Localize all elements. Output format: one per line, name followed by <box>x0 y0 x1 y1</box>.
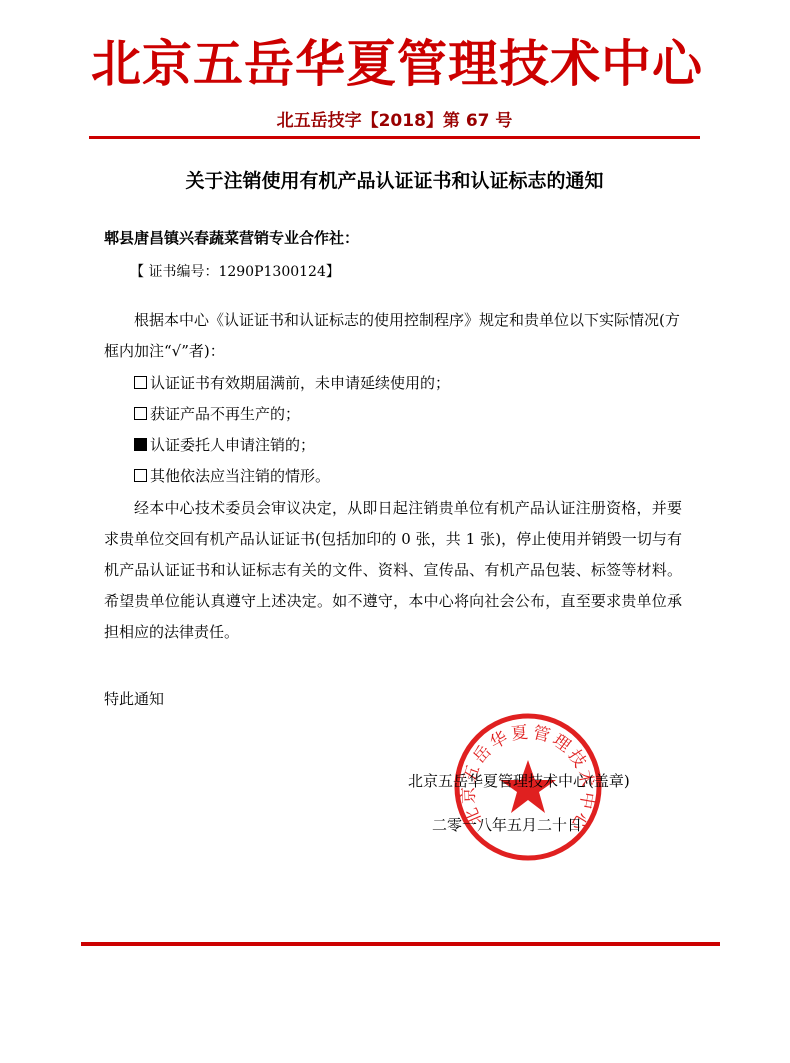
paragraph-basis: 根据本中心《认证证书和认证标志的使用控制程序》规定和贵单位以下实际情况(方框内加… <box>104 305 682 367</box>
option-label: 认证委托人申请注销的； <box>150 436 315 454</box>
checkbox-unchecked-icon <box>134 469 147 482</box>
option-row: 认证证书有效期届满前，未申请延续使用的； <box>134 368 450 399</box>
checkbox-unchecked-icon <box>134 407 147 420</box>
masthead-organization: 北京五岳华夏管理技术中心 <box>89 34 705 94</box>
option-label: 认证证书有效期届满前，未申请延续使用的； <box>150 374 450 392</box>
document-number: 北五岳技字【2018】第 67 号 <box>89 110 700 132</box>
option-label: 其他依法应当注销的情形。 <box>150 467 330 485</box>
closing-phrase: 特此通知 <box>104 688 164 710</box>
signer: 北京五岳华夏管理技术中心(盖章) <box>408 770 630 792</box>
checkbox-checked-icon <box>134 438 147 451</box>
option-row: 获证产品不再生产的； <box>134 399 450 430</box>
paragraph-decision: 经本中心技术委员会审议决定，从即日起注销贵单位有机产品认证注册资格，并要求贵单位… <box>104 493 682 648</box>
addressee: 郫县唐昌镇兴春蔬菜营销专业合作社： <box>104 227 359 249</box>
option-row: 认证委托人申请注销的； <box>134 430 450 461</box>
footer-divider <box>81 942 720 946</box>
option-label: 获证产品不再生产的； <box>150 405 300 423</box>
notice-title: 关于注销使用有机产品认证证书和认证标志的通知 <box>89 168 700 194</box>
option-row: 其他依法应当注销的情形。 <box>134 461 450 492</box>
issue-date: 二零一八年五月二十日 <box>432 814 582 836</box>
reason-options: 认证证书有效期届满前，未申请延续使用的； 获证产品不再生产的； 认证委托人申请注… <box>134 368 450 492</box>
certificate-number: 【 证书编号：1290P1300124】 <box>130 262 340 282</box>
checkbox-unchecked-icon <box>134 376 147 389</box>
header-divider <box>89 136 700 139</box>
